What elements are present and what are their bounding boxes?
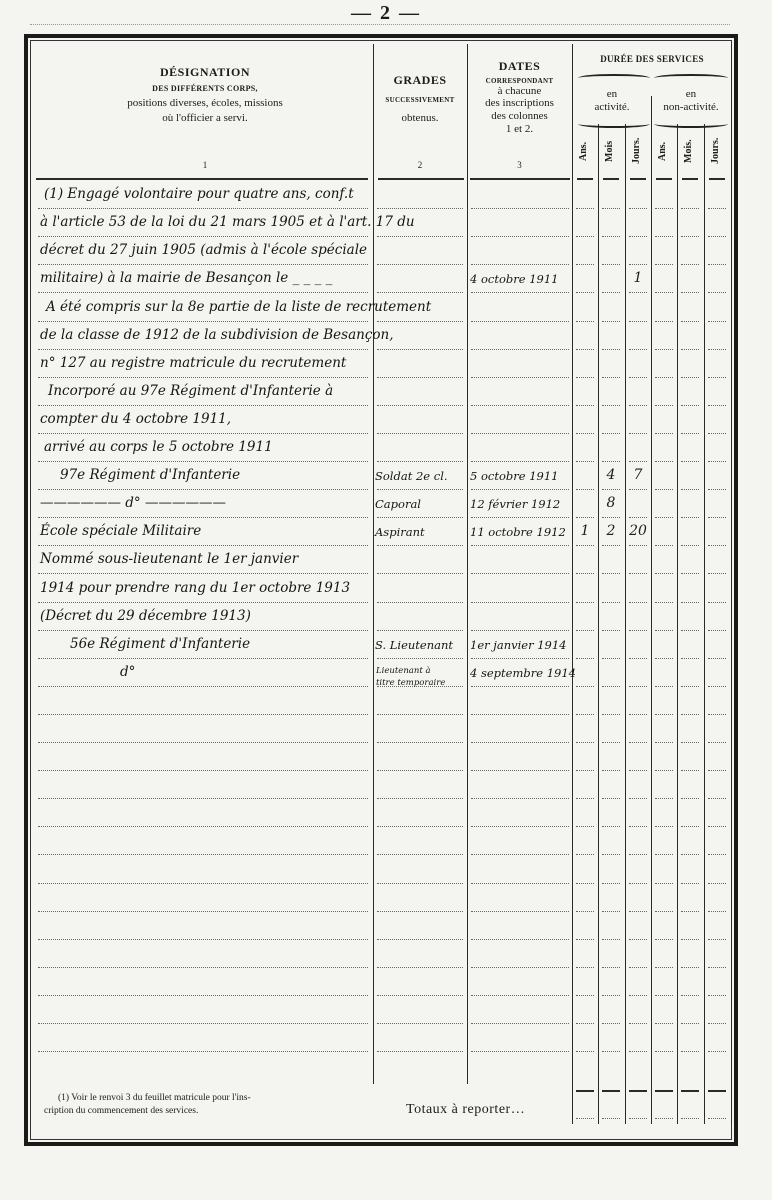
row-guide: [708, 602, 726, 603]
subcolumn-header: Ans.: [657, 130, 668, 172]
entry-designation: 97e Régiment d'Infanterie: [60, 467, 240, 483]
row-guide: [681, 602, 699, 603]
row-guide: [576, 630, 594, 631]
row-guide: [377, 236, 463, 237]
row-guide: [471, 433, 569, 434]
row-guide: [602, 461, 620, 462]
row-guide: [576, 686, 594, 687]
row-guide: [471, 742, 569, 743]
row-guide: [629, 489, 647, 490]
row-guide: [655, 573, 673, 574]
entry-grade: S. Lieutenant: [375, 638, 453, 652]
entry-date: 1er janvier 1914: [470, 638, 567, 652]
row-guide: [576, 883, 594, 884]
row-guide: [655, 602, 673, 603]
row-guide: [471, 349, 569, 350]
row-guide: [602, 854, 620, 855]
row-guide: [377, 602, 463, 603]
subcolumn-header-rule: [682, 178, 698, 180]
entry-designation: Incorporé au 97e Régiment d'Infanterie à: [48, 383, 333, 399]
row-guide: [681, 461, 699, 462]
header-grades: GRADES SUCCESSIVEMENT obtenus.: [374, 74, 466, 124]
row-guide: [602, 939, 620, 940]
row-guide: [471, 911, 569, 912]
row-guide: [655, 826, 673, 827]
entry-grade: Soldat 2e cl.: [375, 469, 448, 483]
header-designation-line1: positions diverses, écoles, missions: [40, 97, 370, 110]
row-guide: [708, 770, 726, 771]
row-guide: [38, 686, 368, 687]
row-guide: [576, 770, 594, 771]
row-guide: [681, 1023, 699, 1024]
row-guide: [602, 433, 620, 434]
brace-activite: [578, 74, 650, 82]
row-guide: [471, 602, 569, 603]
row-guide: [708, 573, 726, 574]
row-guide: [681, 1051, 699, 1052]
row-guide: [38, 405, 368, 406]
row-guide: [471, 264, 569, 265]
row-guide: [655, 911, 673, 912]
row-guide: [708, 405, 726, 406]
row-guide: [602, 489, 620, 490]
row-guide: [681, 349, 699, 350]
row-guide: [708, 208, 726, 209]
entry-duration-jours: 7: [625, 467, 651, 483]
row-guide: [38, 658, 368, 659]
row-guide: [471, 405, 569, 406]
row-guide: [38, 461, 368, 462]
row-guide: [708, 1023, 726, 1024]
row-guide: [602, 1023, 620, 1024]
row-guide: [471, 377, 569, 378]
entry-designation: décret du 27 juin 1905 (admis à l'école …: [40, 242, 367, 258]
row-guide: [576, 967, 594, 968]
header-dates-title: DATES: [468, 60, 571, 74]
row-guide: [708, 630, 726, 631]
row-guide: [655, 545, 673, 546]
row-guide: [377, 377, 463, 378]
brace-non-activite: [654, 74, 728, 82]
row-guide: [38, 1023, 368, 1024]
row-guide: [681, 321, 699, 322]
row-guide: [629, 433, 647, 434]
row-guide: [629, 377, 647, 378]
row-guide: [576, 602, 594, 603]
row-guide: [708, 854, 726, 855]
row-guide: [708, 995, 726, 996]
row-guide: [576, 911, 594, 912]
row-guide: [708, 939, 726, 940]
row-guide: [377, 208, 463, 209]
row-guide: [602, 714, 620, 715]
row-guide: [655, 995, 673, 996]
totals-rule: [655, 1090, 673, 1092]
brace-activite-lower: [578, 120, 650, 128]
row-guide: [629, 714, 647, 715]
row-guide: [471, 995, 569, 996]
row-guide: [602, 573, 620, 574]
entry-date: 4 septembre 1914: [470, 666, 576, 680]
totaux-label: Totaux à reporter…: [406, 1102, 525, 1118]
row-guide: [576, 517, 594, 518]
header-designation-line2: où l'officier a servi.: [40, 112, 370, 125]
row-guide: [38, 883, 368, 884]
row-guide: [38, 714, 368, 715]
header-dates-subtitle: CORRESPONDANT: [468, 77, 571, 85]
row-guide: [377, 995, 463, 996]
row-guide: [681, 545, 699, 546]
row-guide: [681, 630, 699, 631]
row-guide: [471, 686, 569, 687]
row-guide: [655, 770, 673, 771]
row-guide: [655, 349, 673, 350]
row-guide: [602, 602, 620, 603]
totals-rule: [681, 1090, 699, 1092]
row-guide: [602, 883, 620, 884]
row-guide: [377, 883, 463, 884]
row-guide: [655, 939, 673, 940]
row-guide: [576, 1051, 594, 1052]
header-rule-col2: [378, 178, 464, 180]
row-guide: [629, 939, 647, 940]
entry-duration-mois: 2: [598, 523, 624, 539]
entry-grade: Caporal: [375, 497, 421, 511]
row-guide: [38, 742, 368, 743]
header-duree-title: DURÉE DES SERVICES: [573, 54, 731, 64]
row-guide: [629, 1023, 647, 1024]
row-guide: [377, 798, 463, 799]
header-designation: DÉSIGNATION DES DIFFÉRENTS CORPS, positi…: [40, 66, 370, 124]
row-guide: [38, 995, 368, 996]
row-guide: [38, 911, 368, 912]
subcolumn-header-rule: [630, 178, 646, 180]
row-guide: [471, 658, 569, 659]
subcolumn-header-rule: [656, 178, 672, 180]
row-guide: [576, 377, 594, 378]
header-designation-title: DÉSIGNATION: [40, 66, 370, 80]
row-guide: [38, 939, 368, 940]
row-guide: [471, 798, 569, 799]
row-guide: [655, 517, 673, 518]
row-guide: [655, 292, 673, 293]
entry-duration-ans: 1: [572, 523, 598, 539]
entry-grade-line2: titre temporaire: [376, 678, 445, 688]
row-guide: [629, 995, 647, 996]
row-guide: [629, 911, 647, 912]
row-guide: [38, 630, 368, 631]
row-guide: [629, 798, 647, 799]
row-guide: [38, 489, 368, 490]
subcolumn-divider: [598, 124, 599, 1124]
column-divider: [572, 44, 573, 1124]
row-guide: [708, 489, 726, 490]
row-guide: [377, 264, 463, 265]
row-guide: [655, 854, 673, 855]
entry-date: 5 octobre 1911: [470, 469, 558, 483]
row-guide: [576, 939, 594, 940]
row-guide: [377, 742, 463, 743]
row-guide: [602, 826, 620, 827]
row-guide: [576, 236, 594, 237]
entry-designation: compter du 4 octobre 1911,: [40, 411, 231, 427]
row-guide: [471, 770, 569, 771]
header-col-number-2: 2: [374, 160, 466, 170]
row-guide: [377, 573, 463, 574]
row-guide: [38, 292, 368, 293]
row-guide: [655, 658, 673, 659]
subcolumn-header: Ans.: [578, 130, 589, 172]
row-guide: [655, 377, 673, 378]
row-guide: [681, 517, 699, 518]
entry-designation: arrivé au corps le 5 octobre 1911: [44, 439, 273, 455]
row-guide: [471, 489, 569, 490]
row-guide: [602, 377, 620, 378]
row-guide: [471, 630, 569, 631]
row-guide: [377, 1023, 463, 1024]
row-guide: [602, 967, 620, 968]
row-guide: [708, 883, 726, 884]
row-guide: [629, 742, 647, 743]
row-guide: [377, 489, 463, 490]
row-guide: [708, 433, 726, 434]
entry-designation: A été compris sur la 8e partie de la lis…: [46, 299, 431, 315]
entry-designation: Nommé sous-lieutenant le 1er janvier: [40, 551, 298, 567]
row-guide: [576, 1023, 594, 1024]
entry-designation: militaire) à la mairie de Besançon le _ …: [40, 270, 332, 286]
row-guide: [602, 321, 620, 322]
row-guide: [681, 714, 699, 715]
row-guide: [471, 573, 569, 574]
row-guide: [377, 967, 463, 968]
row-guide: [602, 798, 620, 799]
row-guide: [629, 517, 647, 518]
row-guide: [681, 770, 699, 771]
row-guide: [377, 292, 463, 293]
entry-designation: 1914 pour prendre rang du 1er octobre 19…: [40, 580, 350, 596]
row-guide: [708, 292, 726, 293]
row-guide: [576, 489, 594, 490]
header-rule-col3: [470, 178, 570, 180]
row-guide: [681, 292, 699, 293]
header-dates-line4: 1 et 2.: [468, 123, 571, 136]
totals-rule: [602, 1118, 620, 1119]
row-guide: [377, 658, 463, 659]
row-guide: [576, 321, 594, 322]
row-guide: [629, 264, 647, 265]
row-guide: [576, 658, 594, 659]
row-guide: [377, 321, 463, 322]
row-guide: [655, 742, 673, 743]
row-guide: [681, 995, 699, 996]
header-non-activite-l2: non-activité.: [651, 101, 731, 114]
row-guide: [377, 911, 463, 912]
header-en-activite: en activité.: [573, 88, 651, 113]
row-guide: [576, 208, 594, 209]
row-guide: [629, 967, 647, 968]
row-guide: [602, 405, 620, 406]
header-grades-subtitle: SUCCESSIVEMENT: [374, 96, 466, 104]
row-guide: [655, 630, 673, 631]
row-guide: [655, 433, 673, 434]
row-guide: [655, 686, 673, 687]
page-number: — 2 —: [0, 2, 772, 25]
row-guide: [38, 321, 368, 322]
subcolumn-divider: [651, 96, 652, 1124]
row-guide: [655, 461, 673, 462]
row-guide: [708, 1051, 726, 1052]
column-divider: [467, 44, 468, 1084]
row-guide: [602, 292, 620, 293]
row-guide: [629, 686, 647, 687]
row-guide: [576, 264, 594, 265]
row-guide: [576, 433, 594, 434]
header-grades-title: GRADES: [374, 74, 466, 88]
totals-rule: [655, 1118, 673, 1119]
row-guide: [629, 573, 647, 574]
row-guide: [708, 236, 726, 237]
entry-designation: 56e Régiment d'Infanterie: [70, 636, 250, 652]
row-guide: [655, 405, 673, 406]
row-guide: [471, 461, 569, 462]
row-guide: [655, 967, 673, 968]
row-guide: [629, 658, 647, 659]
row-guide: [602, 686, 620, 687]
row-guide: [602, 236, 620, 237]
row-guide: [38, 349, 368, 350]
row-guide: [377, 939, 463, 940]
entry-duration-jours: 1: [625, 270, 651, 286]
column-divider: [373, 44, 374, 1084]
row-guide: [655, 798, 673, 799]
row-guide: [708, 349, 726, 350]
header-designation-subtitle: DES DIFFÉRENTS CORPS,: [40, 84, 370, 93]
row-guide: [377, 630, 463, 631]
header-non-activite-l1: en: [651, 88, 731, 101]
totals-rule: [708, 1090, 726, 1092]
row-guide: [708, 321, 726, 322]
row-guide: [655, 321, 673, 322]
row-guide: [471, 208, 569, 209]
row-guide: [576, 995, 594, 996]
row-guide: [681, 883, 699, 884]
row-guide: [576, 545, 594, 546]
row-guide: [681, 573, 699, 574]
row-guide: [629, 602, 647, 603]
row-guide: [38, 770, 368, 771]
brace-non-activite-lower: [654, 120, 728, 128]
row-guide: [681, 264, 699, 265]
subcolumn-header-rule: [603, 178, 619, 180]
entry-date: 4 octobre 1911: [470, 272, 558, 286]
entry-date: 12 février 1912: [470, 497, 560, 511]
row-guide: [602, 349, 620, 350]
entry-duration-mois: 8: [598, 495, 624, 511]
row-guide: [681, 433, 699, 434]
entry-date: 11 octobre 1912: [470, 525, 566, 539]
row-guide: [708, 545, 726, 546]
totals-rule: [681, 1118, 699, 1119]
row-guide: [471, 714, 569, 715]
row-guide: [377, 854, 463, 855]
subcolumn-header: Mois: [604, 130, 615, 172]
row-guide: [629, 292, 647, 293]
row-guide: [602, 264, 620, 265]
row-guide: [377, 770, 463, 771]
row-guide: [471, 517, 569, 518]
row-guide: [38, 826, 368, 827]
subcolumn-header-rule: [577, 178, 593, 180]
row-guide: [471, 236, 569, 237]
totals-rule: [629, 1090, 647, 1092]
row-guide: [377, 405, 463, 406]
row-guide: [377, 826, 463, 827]
entry-designation: —————— d° ——————: [40, 495, 226, 511]
top-rule: [30, 24, 730, 25]
row-guide: [708, 742, 726, 743]
row-guide: [576, 292, 594, 293]
row-guide: [681, 939, 699, 940]
header-dates-line1: à chacune: [468, 85, 571, 98]
entry-designation: n° 127 au registre matricule du recrutem…: [40, 355, 346, 371]
row-guide: [681, 208, 699, 209]
subcolumn-header-rule: [709, 178, 725, 180]
row-guide: [681, 658, 699, 659]
footnote-line1: (1) Voir le renvoi 3 du feuillet matricu…: [44, 1092, 251, 1105]
row-guide: [602, 630, 620, 631]
row-guide: [655, 208, 673, 209]
row-guide: [681, 489, 699, 490]
row-guide: [708, 377, 726, 378]
row-guide: [629, 349, 647, 350]
row-guide: [681, 377, 699, 378]
entry-designation: à l'article 53 de la loi du 21 mars 1905…: [40, 214, 415, 230]
totals-rule: [708, 1118, 726, 1119]
row-guide: [708, 911, 726, 912]
row-guide: [708, 826, 726, 827]
row-guide: [38, 208, 368, 209]
header-duree-title-text: DURÉE DES SERVICES: [573, 54, 731, 64]
row-guide: [629, 770, 647, 771]
column-divider: [731, 44, 732, 1124]
row-guide: [629, 461, 647, 462]
footnote: (1) Voir le renvoi 3 du feuillet matricu…: [44, 1092, 251, 1118]
row-guide: [38, 854, 368, 855]
row-guide: [471, 939, 569, 940]
entry-designation: École spéciale Militaire: [40, 523, 201, 539]
row-guide: [708, 686, 726, 687]
totals-rule: [602, 1090, 620, 1092]
row-guide: [38, 517, 368, 518]
row-guide: [629, 405, 647, 406]
entry-grade: Aspirant: [375, 525, 425, 539]
row-guide: [576, 405, 594, 406]
row-guide: [471, 321, 569, 322]
row-guide: [576, 714, 594, 715]
row-guide: [681, 798, 699, 799]
header-en-activite-l2: activité.: [573, 101, 651, 114]
row-guide: [655, 236, 673, 237]
row-guide: [681, 405, 699, 406]
row-guide: [377, 517, 463, 518]
header-rule-col1: [36, 178, 368, 180]
entry-duration-mois: 4: [598, 467, 624, 483]
row-guide: [681, 854, 699, 855]
row-guide: [681, 236, 699, 237]
row-guide: [681, 911, 699, 912]
row-guide: [576, 854, 594, 855]
row-guide: [602, 995, 620, 996]
